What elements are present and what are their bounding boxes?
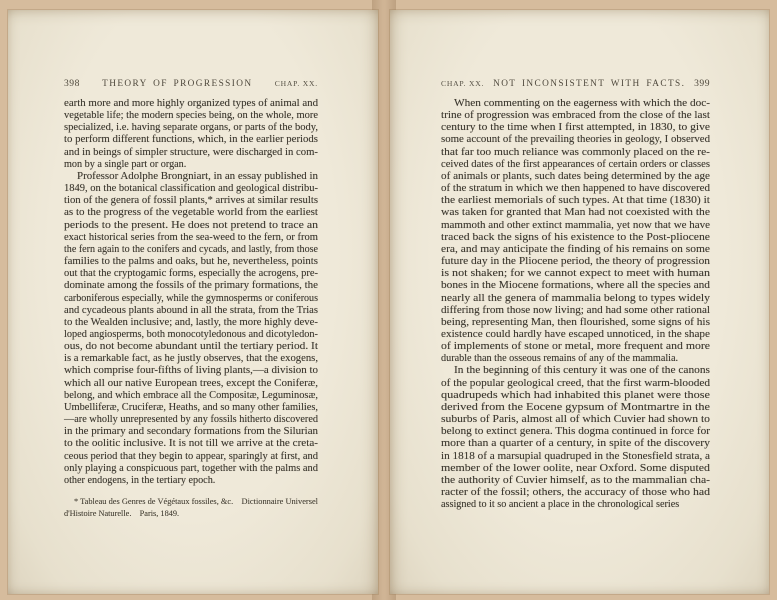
running-title-right: NOT INCONSISTENT WITH FACTS. xyxy=(493,79,685,89)
text-line: trine of progression was embraced from t… xyxy=(441,110,710,122)
page-right-content: CHAP. XX. NOT INCONSISTENT WITH FACTS. 3… xyxy=(441,78,710,511)
text-line: and cycadeous plants abound in all the s… xyxy=(64,305,318,317)
text-line: * Tableau des Genres de Végétaux fossile… xyxy=(64,496,318,508)
text-line: vegetable life; the modern species being… xyxy=(64,110,318,122)
text-line: of the popular geological creed, that th… xyxy=(441,378,710,390)
text-line: derived from the Eocene gypsum of Montma… xyxy=(441,402,710,414)
chapter-label-right: CHAP. XX. xyxy=(441,79,484,88)
text-line: traced back the signs of his existence t… xyxy=(441,232,710,244)
running-title-left: THEORY OF PROGRESSION xyxy=(102,79,252,89)
text-line: other endogens, in the tertiary epoch. xyxy=(64,475,318,487)
text-line: was taken for granted that Man had not c… xyxy=(441,207,710,219)
page-body-right: When commenting on the eagerness with wh… xyxy=(441,98,710,511)
text-line: nearly all the genera of mammalia belong… xyxy=(441,293,710,305)
text-line: quadrupeds which had inhabited this plan… xyxy=(441,390,710,402)
text-line: mon by a single part or organ. xyxy=(64,159,318,171)
text-line: to the Wealden inclusive; and, lastly, t… xyxy=(64,317,318,329)
text-line: and in beings of simpler structure, were… xyxy=(64,147,318,159)
text-line: of the stratum in which we then happened… xyxy=(441,183,710,195)
text-line: that far too much reliance was commonly … xyxy=(441,147,710,159)
text-line: in 1818 of a marsupial quadruped in the … xyxy=(441,451,710,463)
text-line: to the oolitic inclusive. It is not till… xyxy=(64,438,318,450)
text-line: ous, do not become abundant until the te… xyxy=(64,341,318,353)
text-line: existence could hardly have escaped unno… xyxy=(441,329,710,341)
text-line: carboniferous especially, while the gymn… xyxy=(64,293,318,305)
page-right: CHAP. XX. NOT INCONSISTENT WITH FACTS. 3… xyxy=(390,10,769,594)
page-left-header: 398 THEORY OF PROGRESSION CHAP. XX. xyxy=(64,78,318,90)
text-line: durable than the osseous remains of any … xyxy=(441,353,710,365)
text-line: In the beginning of this century it was … xyxy=(441,365,710,377)
text-line: only playing a conspicuous part, togethe… xyxy=(64,463,318,475)
text-line: future day in the Pliocene period, the t… xyxy=(441,256,710,268)
text-line: earth more and more highly organized typ… xyxy=(64,98,318,110)
text-line: suburbs of Paris, almost all of which Cu… xyxy=(441,414,710,426)
text-line: tion of the genera of fossil plants,* ar… xyxy=(64,195,318,207)
page-number-right: 399 xyxy=(694,78,710,89)
text-line: is a remarkable fact, as he justly obser… xyxy=(64,353,318,365)
page-left-content: 398 THEORY OF PROGRESSION CHAP. XX. eart… xyxy=(64,78,318,521)
text-line: out that the cryptogamic forms, especial… xyxy=(64,268,318,280)
text-line: to perform different functions, which, i… xyxy=(64,134,318,146)
text-line: dominate among the fossils of the primar… xyxy=(64,280,318,292)
text-line: bones in the Miocene formations, where a… xyxy=(441,280,710,292)
text-line: era, and may anticipate the finding of h… xyxy=(441,244,710,256)
text-line: —are wholly unrepresented by any fossils… xyxy=(64,414,318,426)
text-line: belong to extinct genera. This dogma con… xyxy=(441,426,710,438)
text-line: in the primary and secondary formations … xyxy=(64,426,318,438)
page-left: 398 THEORY OF PROGRESSION CHAP. XX. eart… xyxy=(8,10,378,594)
page-number-left: 398 xyxy=(64,78,80,89)
text-line: being, representing Man, then flourished… xyxy=(441,317,710,329)
text-line: belong, and which embrace all the Compos… xyxy=(64,390,318,402)
book-scan: { "colors":{ "backdrop":"#d6bc9d", "pape… xyxy=(0,0,777,600)
text-line: of implements of stone or metal, more fr… xyxy=(441,341,710,353)
text-line: 1849, on the botanical classification an… xyxy=(64,183,318,195)
text-line: some account of the prevailing theories … xyxy=(441,134,710,146)
text-line: is not shaken; for we cannot expect to m… xyxy=(441,268,710,280)
text-line: assigned to it so ancient a place in the… xyxy=(441,499,710,511)
text-line: the fern again to the conifers and cycad… xyxy=(64,244,318,256)
text-line: more than a quarter of a century, in spi… xyxy=(441,438,710,450)
text-line: racter of the fossil; others, the accura… xyxy=(441,487,710,499)
text-line: ceived dates of the first appearances of… xyxy=(441,159,710,171)
text-line: d'Histoire Naturelle. Paris, 1849. xyxy=(64,508,318,520)
text-line: the authority of Cuvier himself, as to t… xyxy=(441,475,710,487)
text-line: member of the lower oolite, near Oxford.… xyxy=(441,463,710,475)
chapter-label-left: CHAP. XX. xyxy=(275,79,318,88)
text-line: which comprise four-fifths of living pla… xyxy=(64,365,318,377)
text-line: as to the progress of the vegetable worl… xyxy=(64,207,318,219)
text-line: differing from those now living; and had… xyxy=(441,305,710,317)
page-body-left: earth more and more highly organized typ… xyxy=(64,98,318,487)
text-line: When commenting on the eagerness with wh… xyxy=(441,98,710,110)
text-line: exact historical series from the sea-wee… xyxy=(64,232,318,244)
text-line: of animals or plants, such dates being d… xyxy=(441,171,710,183)
page-right-header: CHAP. XX. NOT INCONSISTENT WITH FACTS. 3… xyxy=(441,78,710,90)
text-line: which all our native European trees, exc… xyxy=(64,378,318,390)
text-line: families to the palms and oaks, but he, … xyxy=(64,256,318,268)
text-line: the earliest memorials of such types. At… xyxy=(441,195,710,207)
text-line: periods to the present. He does not pret… xyxy=(64,220,318,232)
text-line: loped angiosperms, both monocotyledonous… xyxy=(64,329,318,341)
text-line: Umbelliferæ, Cruciferæ, Heaths, and so m… xyxy=(64,402,318,414)
text-line: specialized, i.e. having separate organs… xyxy=(64,122,318,134)
text-line: century to the time when I first attempt… xyxy=(441,122,710,134)
footnote: * Tableau des Genres de Végétaux fossile… xyxy=(64,496,318,521)
text-line: mammoth and other extinct mammalia, yet … xyxy=(441,220,710,232)
text-line: Professor Adolphe Brongniart, in an essa… xyxy=(64,171,318,183)
text-line: ceous period that they begin to appear, … xyxy=(64,451,318,463)
